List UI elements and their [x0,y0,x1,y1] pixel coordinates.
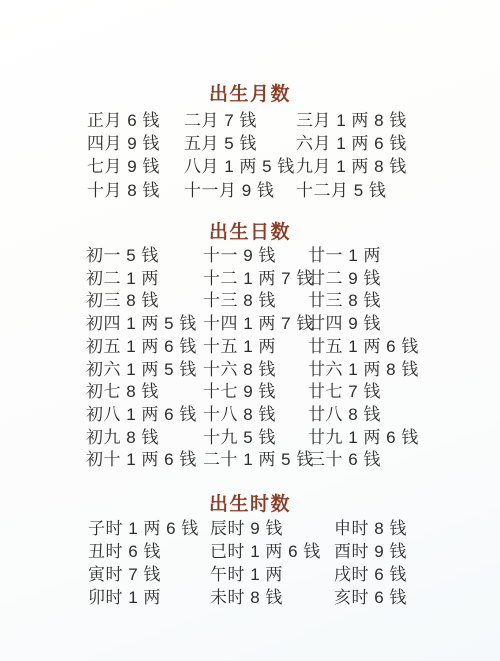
table-cell: 初三 8 钱 [86,290,203,313]
table-cell: 辰时 9 钱 [210,517,334,540]
table-cell: 六月 1 两 6 钱 [296,132,500,155]
table-row: 初一 5 钱 十一 9 钱 廿一 1 两 [86,245,500,268]
section-hours: 出生时数 子时 1 两 6 钱 辰时 9 钱 申时 8 钱 丑时 6 钱 已时 … [0,494,500,609]
table-cell: 酉时 9 钱 [334,540,500,563]
table-cell: 十六 8 钱 [203,359,308,382]
section-title-hours: 出生时数 [0,494,500,516]
table-cell: 初八 1 两 6 钱 [86,404,203,427]
table-cell: 十九 5 钱 [203,427,308,450]
table-cell: 未时 8 钱 [210,586,334,609]
table-cell: 十二月 5 钱 [296,179,500,202]
days-table: 初一 5 钱 十一 9 钱 廿一 1 两 初二 1 两 十二 1 两 7 钱 廿… [0,245,500,472]
table-row: 正月 6 钱 二月 7 钱 三月 1 两 8 钱 [87,109,500,132]
table-cell: 廿七 7 钱 [308,381,500,404]
table-row: 七月 9 钱 八月 1 两 5 钱 九月 1 两 8 钱 [87,155,500,178]
table-cell: 廿六 1 两 8 钱 [308,359,500,382]
table-row: 寅时 7 钱 午时 1 两 戌时 6 钱 [88,563,500,586]
page: 出生月数 正月 6 钱 二月 7 钱 三月 1 两 8 钱 四月 9 钱 五月 … [0,0,500,661]
table-row: 初七 8 钱 十七 9 钱 廿七 7 钱 [86,381,500,404]
table-cell: 十一 9 钱 [203,245,308,268]
table-row: 丑时 6 钱 已时 1 两 6 钱 酉时 9 钱 [88,540,500,563]
table-cell: 寅时 7 钱 [88,563,210,586]
table-cell: 已时 1 两 6 钱 [210,540,334,563]
table-row: 初四 1 两 5 钱 十四 1 两 7 钱 廿四 9 钱 [86,313,500,336]
table-cell: 七月 9 钱 [87,155,184,178]
table-cell: 初一 5 钱 [86,245,203,268]
table-cell: 廿五 1 两 6 钱 [308,336,500,359]
table-cell: 二十 1 两 5 钱 [203,449,308,472]
table-cell: 初十 1 两 6 钱 [86,449,203,472]
table-cell: 廿三 8 钱 [308,290,500,313]
table-cell: 十七 9 钱 [203,381,308,404]
table-cell: 三月 1 两 8 钱 [296,109,500,132]
table-row: 初八 1 两 6 钱 十八 8 钱 廿八 8 钱 [86,404,500,427]
table-cell: 丑时 6 钱 [88,540,210,563]
table-cell: 廿二 9 钱 [308,268,500,291]
table-cell: 初四 1 两 5 钱 [86,313,203,336]
table-row: 初三 8 钱 十三 8 钱 廿三 8 钱 [86,290,500,313]
table-cell: 九月 1 两 8 钱 [296,155,500,178]
table-cell: 申时 8 钱 [334,517,500,540]
table-cell: 十五 1 两 [203,336,308,359]
table-row: 初九 8 钱 十九 5 钱 廿九 1 两 6 钱 [86,427,500,450]
section-months: 出生月数 正月 6 钱 二月 7 钱 三月 1 两 8 钱 四月 9 钱 五月 … [0,84,500,202]
table-cell: 初五 1 两 6 钱 [86,336,203,359]
table-row: 子时 1 两 6 钱 辰时 9 钱 申时 8 钱 [88,517,500,540]
section-title-days: 出生日数 [0,222,500,244]
section-days: 出生日数 初一 5 钱 十一 9 钱 廿一 1 两 初二 1 两 十二 1 两 … [0,222,500,472]
table-cell: 初六 1 两 5 钱 [86,359,203,382]
table-cell: 十一月 9 钱 [184,179,296,202]
table-row: 十月 8 钱 十一月 9 钱 十二月 5 钱 [87,179,500,202]
table-cell: 五月 5 钱 [184,132,296,155]
table-cell: 初九 8 钱 [86,427,203,450]
table-cell: 亥时 6 钱 [334,586,500,609]
section-title-months: 出生月数 [0,84,500,106]
table-row: 四月 9 钱 五月 5 钱 六月 1 两 6 钱 [87,132,500,155]
table-cell: 四月 9 钱 [87,132,184,155]
table-cell: 十四 1 两 7 钱 [203,313,308,336]
table-cell: 初七 8 钱 [86,381,203,404]
table-cell: 卯时 1 两 [88,586,210,609]
table-row: 初六 1 两 5 钱 十六 8 钱 廿六 1 两 8 钱 [86,359,500,382]
table-cell: 戌时 6 钱 [334,563,500,586]
table-cell: 八月 1 两 5 钱 [184,155,296,178]
hours-table: 子时 1 两 6 钱 辰时 9 钱 申时 8 钱 丑时 6 钱 已时 1 两 6… [0,517,500,609]
table-cell: 二月 7 钱 [184,109,296,132]
table-cell: 午时 1 两 [210,563,334,586]
table-cell: 十二 1 两 7 钱 [203,268,308,291]
table-cell: 正月 6 钱 [87,109,184,132]
table-cell: 廿九 1 两 6 钱 [308,427,500,450]
table-row: 卯时 1 两 未时 8 钱 亥时 6 钱 [88,586,500,609]
table-cell: 子时 1 两 6 钱 [88,517,210,540]
table-cell: 廿八 8 钱 [308,404,500,427]
table-row: 初十 1 两 6 钱 二十 1 两 5 钱 三十 6 钱 [86,449,500,472]
table-cell: 初二 1 两 [86,268,203,291]
table-cell: 十月 8 钱 [87,179,184,202]
table-cell: 廿四 9 钱 [308,313,500,336]
table-cell: 十八 8 钱 [203,404,308,427]
table-cell: 廿一 1 两 [308,245,500,268]
months-table: 正月 6 钱 二月 7 钱 三月 1 两 8 钱 四月 9 钱 五月 5 钱 六… [0,109,500,202]
table-cell: 十三 8 钱 [203,290,308,313]
table-row: 初二 1 两 十二 1 两 7 钱 廿二 9 钱 [86,268,500,291]
table-cell: 三十 6 钱 [308,449,500,472]
table-row: 初五 1 两 6 钱 十五 1 两 廿五 1 两 6 钱 [86,336,500,359]
